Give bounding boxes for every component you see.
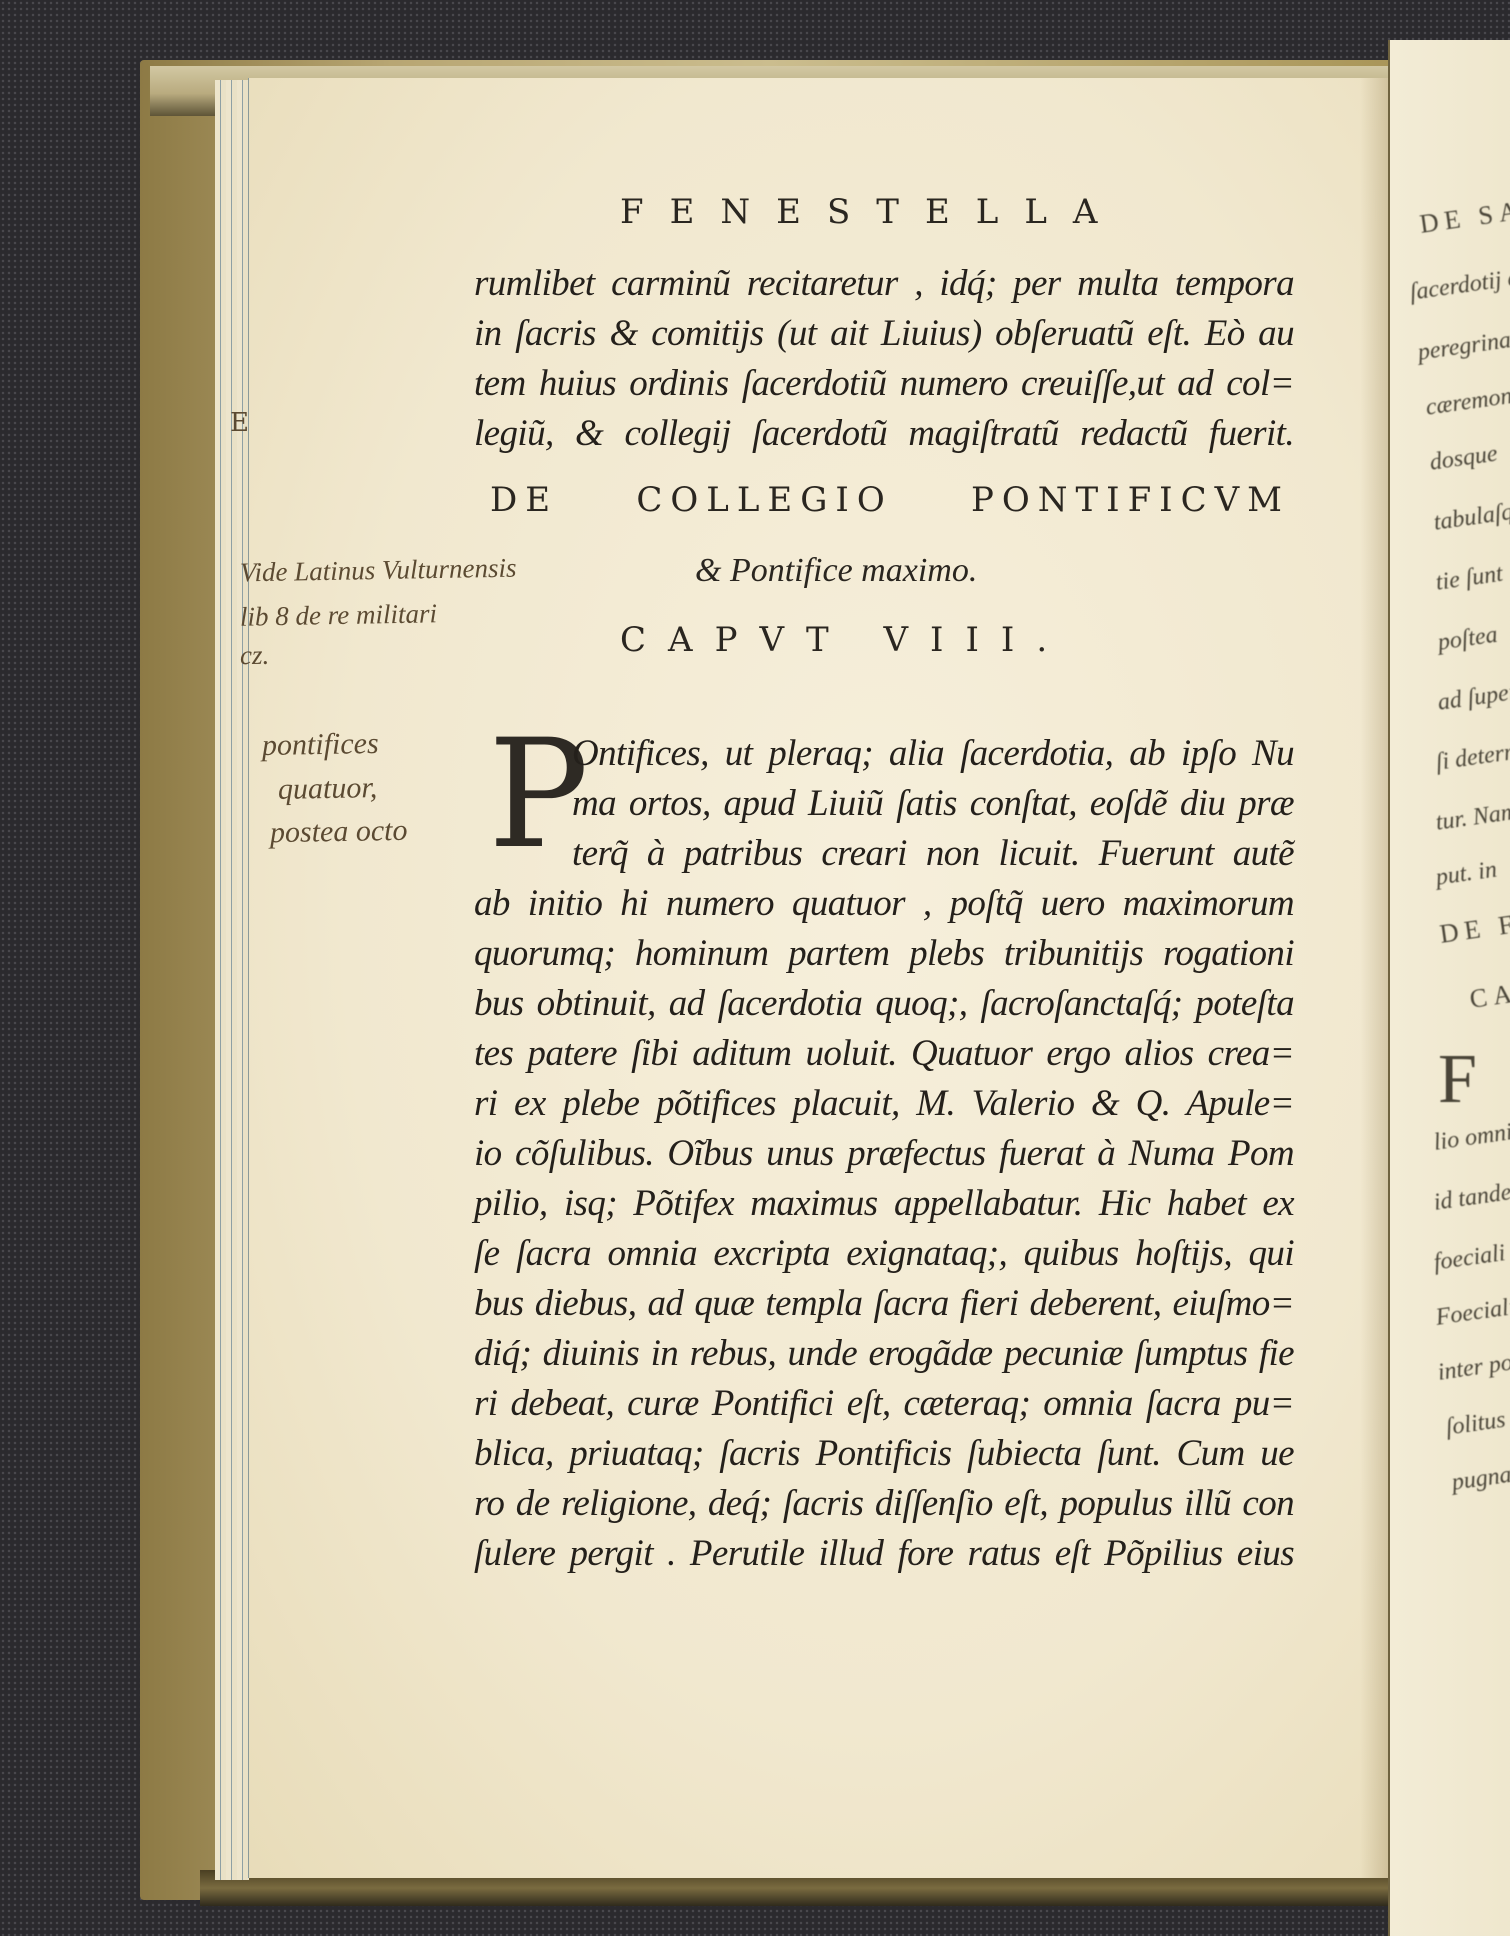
text-line: ab initio hi numero quatuor , poſtq̃ uer… <box>474 882 1294 925</box>
facing-text-line: tur. Nam <box>1434 799 1510 837</box>
text-line: rumlibet carminũ recitaretur , idq́; per… <box>474 262 1294 305</box>
text-line: ri debeat, curæ Pontifici eſt, cæteraq; … <box>474 1382 1294 1425</box>
text-line: tes patere ſibi aditum uoluit. Quatuor e… <box>474 1032 1294 1075</box>
facing-text-line: tabulaſq <box>1432 499 1510 537</box>
facing-text-line: foeciali regulae <box>1432 1229 1510 1277</box>
text-line: ma ortos, apud Liuiũ ſatis conſtat, eoſd… <box>572 782 1294 825</box>
text-line: ſulere pergit . Perutile illud fore ratu… <box>474 1532 1294 1575</box>
text-line: pilio, isq; Põtifex maximus appellabatur… <box>474 1182 1294 1225</box>
facing-text-line: tie ſunt <box>1434 561 1504 597</box>
marginal-note-line: quatuor, <box>278 771 378 807</box>
facing-chapter-heading: CAP <box>1468 976 1510 1015</box>
facing-text-line: cæremonias <box>1424 379 1510 422</box>
facing-text-line: ſi determinat <box>1434 733 1510 777</box>
facing-text-line: peregrinatij <box>1416 324 1510 367</box>
text-line: legiũ, & collegij ſacerdotũ magiſtratũ r… <box>474 412 1294 455</box>
facing-section-heading: DE FOECIAL <box>1438 891 1510 950</box>
text-line: ſe ſacra omnia excripta exignataq;, quib… <box>474 1232 1294 1275</box>
facing-text-line: dosque <box>1428 441 1499 477</box>
text-line: blica, priuataq; ſacris Pontificis ſubie… <box>474 1432 1294 1475</box>
text-line: bus diebus, ad quæ templa ſacra fieri de… <box>474 1282 1294 1325</box>
text-line: ro de religione, deq́; ſacris diſſenſio … <box>474 1482 1294 1525</box>
text-line: terq̃ à patribus creari non licuit. Fuer… <box>572 832 1294 875</box>
marginal-note-line: Vide Latinus Vulturnensis <box>240 553 517 589</box>
text-line: tem huius ordinis ſacerdotiũ numero creu… <box>474 362 1294 405</box>
facing-text-line: id tandem <box>1432 1177 1510 1217</box>
facing-text-line: put. in <box>1434 857 1499 892</box>
facing-text-line: pugnam <box>1450 1459 1510 1497</box>
marginal-note-line: pontifices <box>262 727 379 763</box>
facing-page: DE SAC ſacerdotij autem peregrinatij cær… <box>1388 40 1510 1936</box>
text-line: quorumq; hominum partem plebs tribunitij… <box>474 932 1294 975</box>
text-line: Ontifices, ut pleraq; alia ſacerdotia, a… <box>572 732 1294 775</box>
section-subtitle: & Pontifice maximo. <box>695 552 977 590</box>
section-title: DE COLLEGIO PONTIFICVM <box>490 480 1290 520</box>
facing-drop-cap: F <box>1438 1040 1477 1120</box>
marginal-note-line: lib 8 de re militari <box>240 598 438 632</box>
text-line: bus obtinuit, ad ſacerdotia quoq;, ſacro… <box>474 982 1294 1025</box>
facing-text-line: lio omnium <box>1432 1115 1510 1157</box>
running-head: FENESTELLA <box>620 192 1160 232</box>
text-line: in ſacris & comitijs (ut ait Liuius) obſ… <box>474 312 1294 355</box>
marginal-note-line: postea octo <box>270 814 408 850</box>
marginal-note-line: cz. <box>240 640 270 672</box>
facing-text-line: poſtea <box>1436 622 1499 657</box>
facing-text-line: ad ſuperſtitiones <box>1436 668 1510 717</box>
page-block-edges <box>215 80 249 1880</box>
text-line: io cõſulibus. Oĩbus unus præfectus fuera… <box>474 1132 1294 1175</box>
facing-text-line: ſacerdotij autem <box>1408 258 1510 307</box>
chapter-heading: CAPVT VIII. <box>620 620 1150 660</box>
text-line: diq́; diuinis in rebus, unde erogãdæ pec… <box>474 1332 1294 1375</box>
facing-text-line: ſolitus <box>1444 1407 1507 1442</box>
facing-text-line: Foecialis <box>1434 1293 1510 1332</box>
signature-mark: E <box>230 408 249 438</box>
text-line: ri ex plebe põtifices placuit, M. Valeri… <box>474 1082 1294 1125</box>
facing-text-line: inter populos <box>1436 1342 1510 1386</box>
facing-running-head: DE SAC <box>1418 192 1510 239</box>
gutter-shadow <box>1360 78 1390 1878</box>
